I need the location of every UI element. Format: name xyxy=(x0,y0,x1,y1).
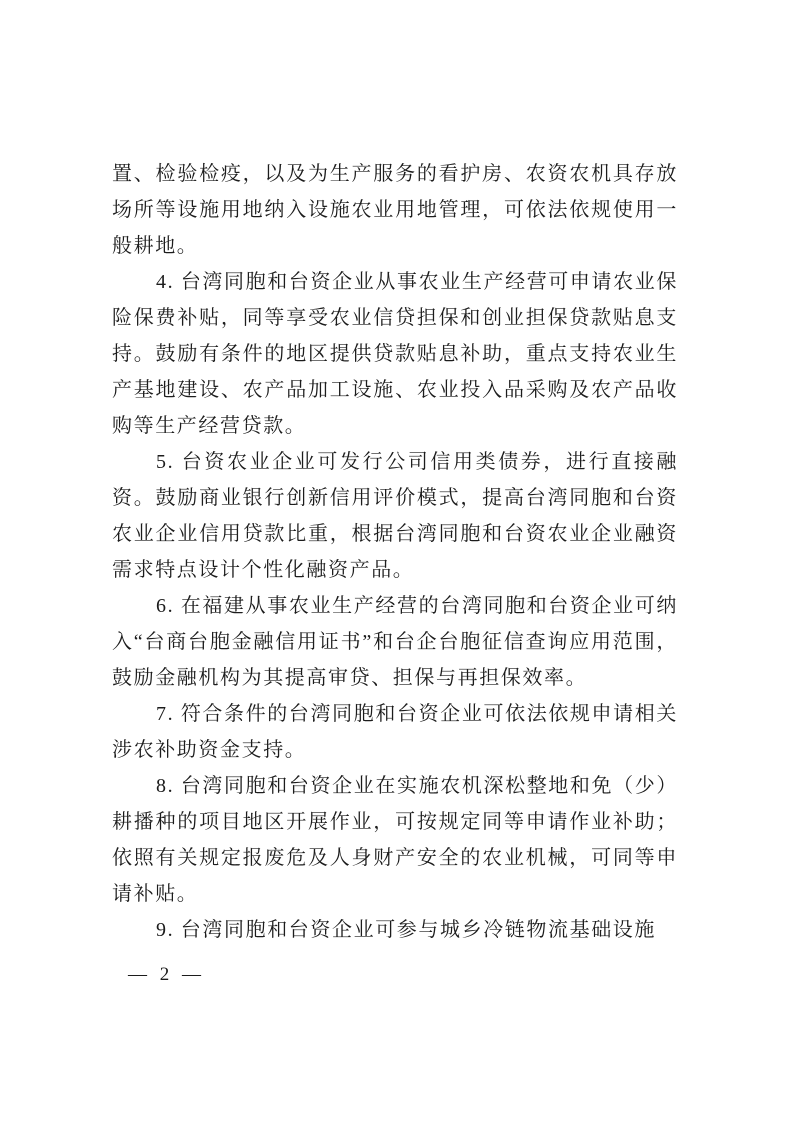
paragraph-item-6: 6. 在福建从事农业生产经营的台湾同胞和台资企业可纳入“台商台胞金融信用证书”和… xyxy=(112,588,678,696)
paragraph-continuation: 置、检验检疫，以及为生产服务的看护房、农资农机具存放场所等设施用地纳入设施农业用… xyxy=(112,156,678,264)
paragraph-item-8: 8. 台湾同胞和台资企业在实施农机深松整地和免（少）耕播种的项目地区开展作业，可… xyxy=(112,768,678,912)
paragraph-item-4: 4. 台湾同胞和台资企业从事农业生产经营可申请农业保险保费补贴，同等享受农业信贷… xyxy=(112,264,678,444)
paragraph-item-9: 9. 台湾同胞和台资企业可参与城乡冷链物流基础设施 xyxy=(112,912,678,948)
document-page: 置、检验检疫，以及为生产服务的看护房、农资农机具存放场所等设施用地纳入设施农业用… xyxy=(0,0,793,1122)
paragraph-item-5: 5. 台资农业企业可发行公司信用类债券，进行直接融资。鼓励商业银行创新信用评价模… xyxy=(112,444,678,588)
paragraph-item-7: 7. 符合条件的台湾同胞和台资企业可依法依规申请相关涉农补助资金支持。 xyxy=(112,696,678,768)
document-body: 置、检验检疫，以及为生产服务的看护房、农资农机具存放场所等设施用地纳入设施农业用… xyxy=(112,156,678,948)
page-number: — 2 — xyxy=(128,964,205,986)
